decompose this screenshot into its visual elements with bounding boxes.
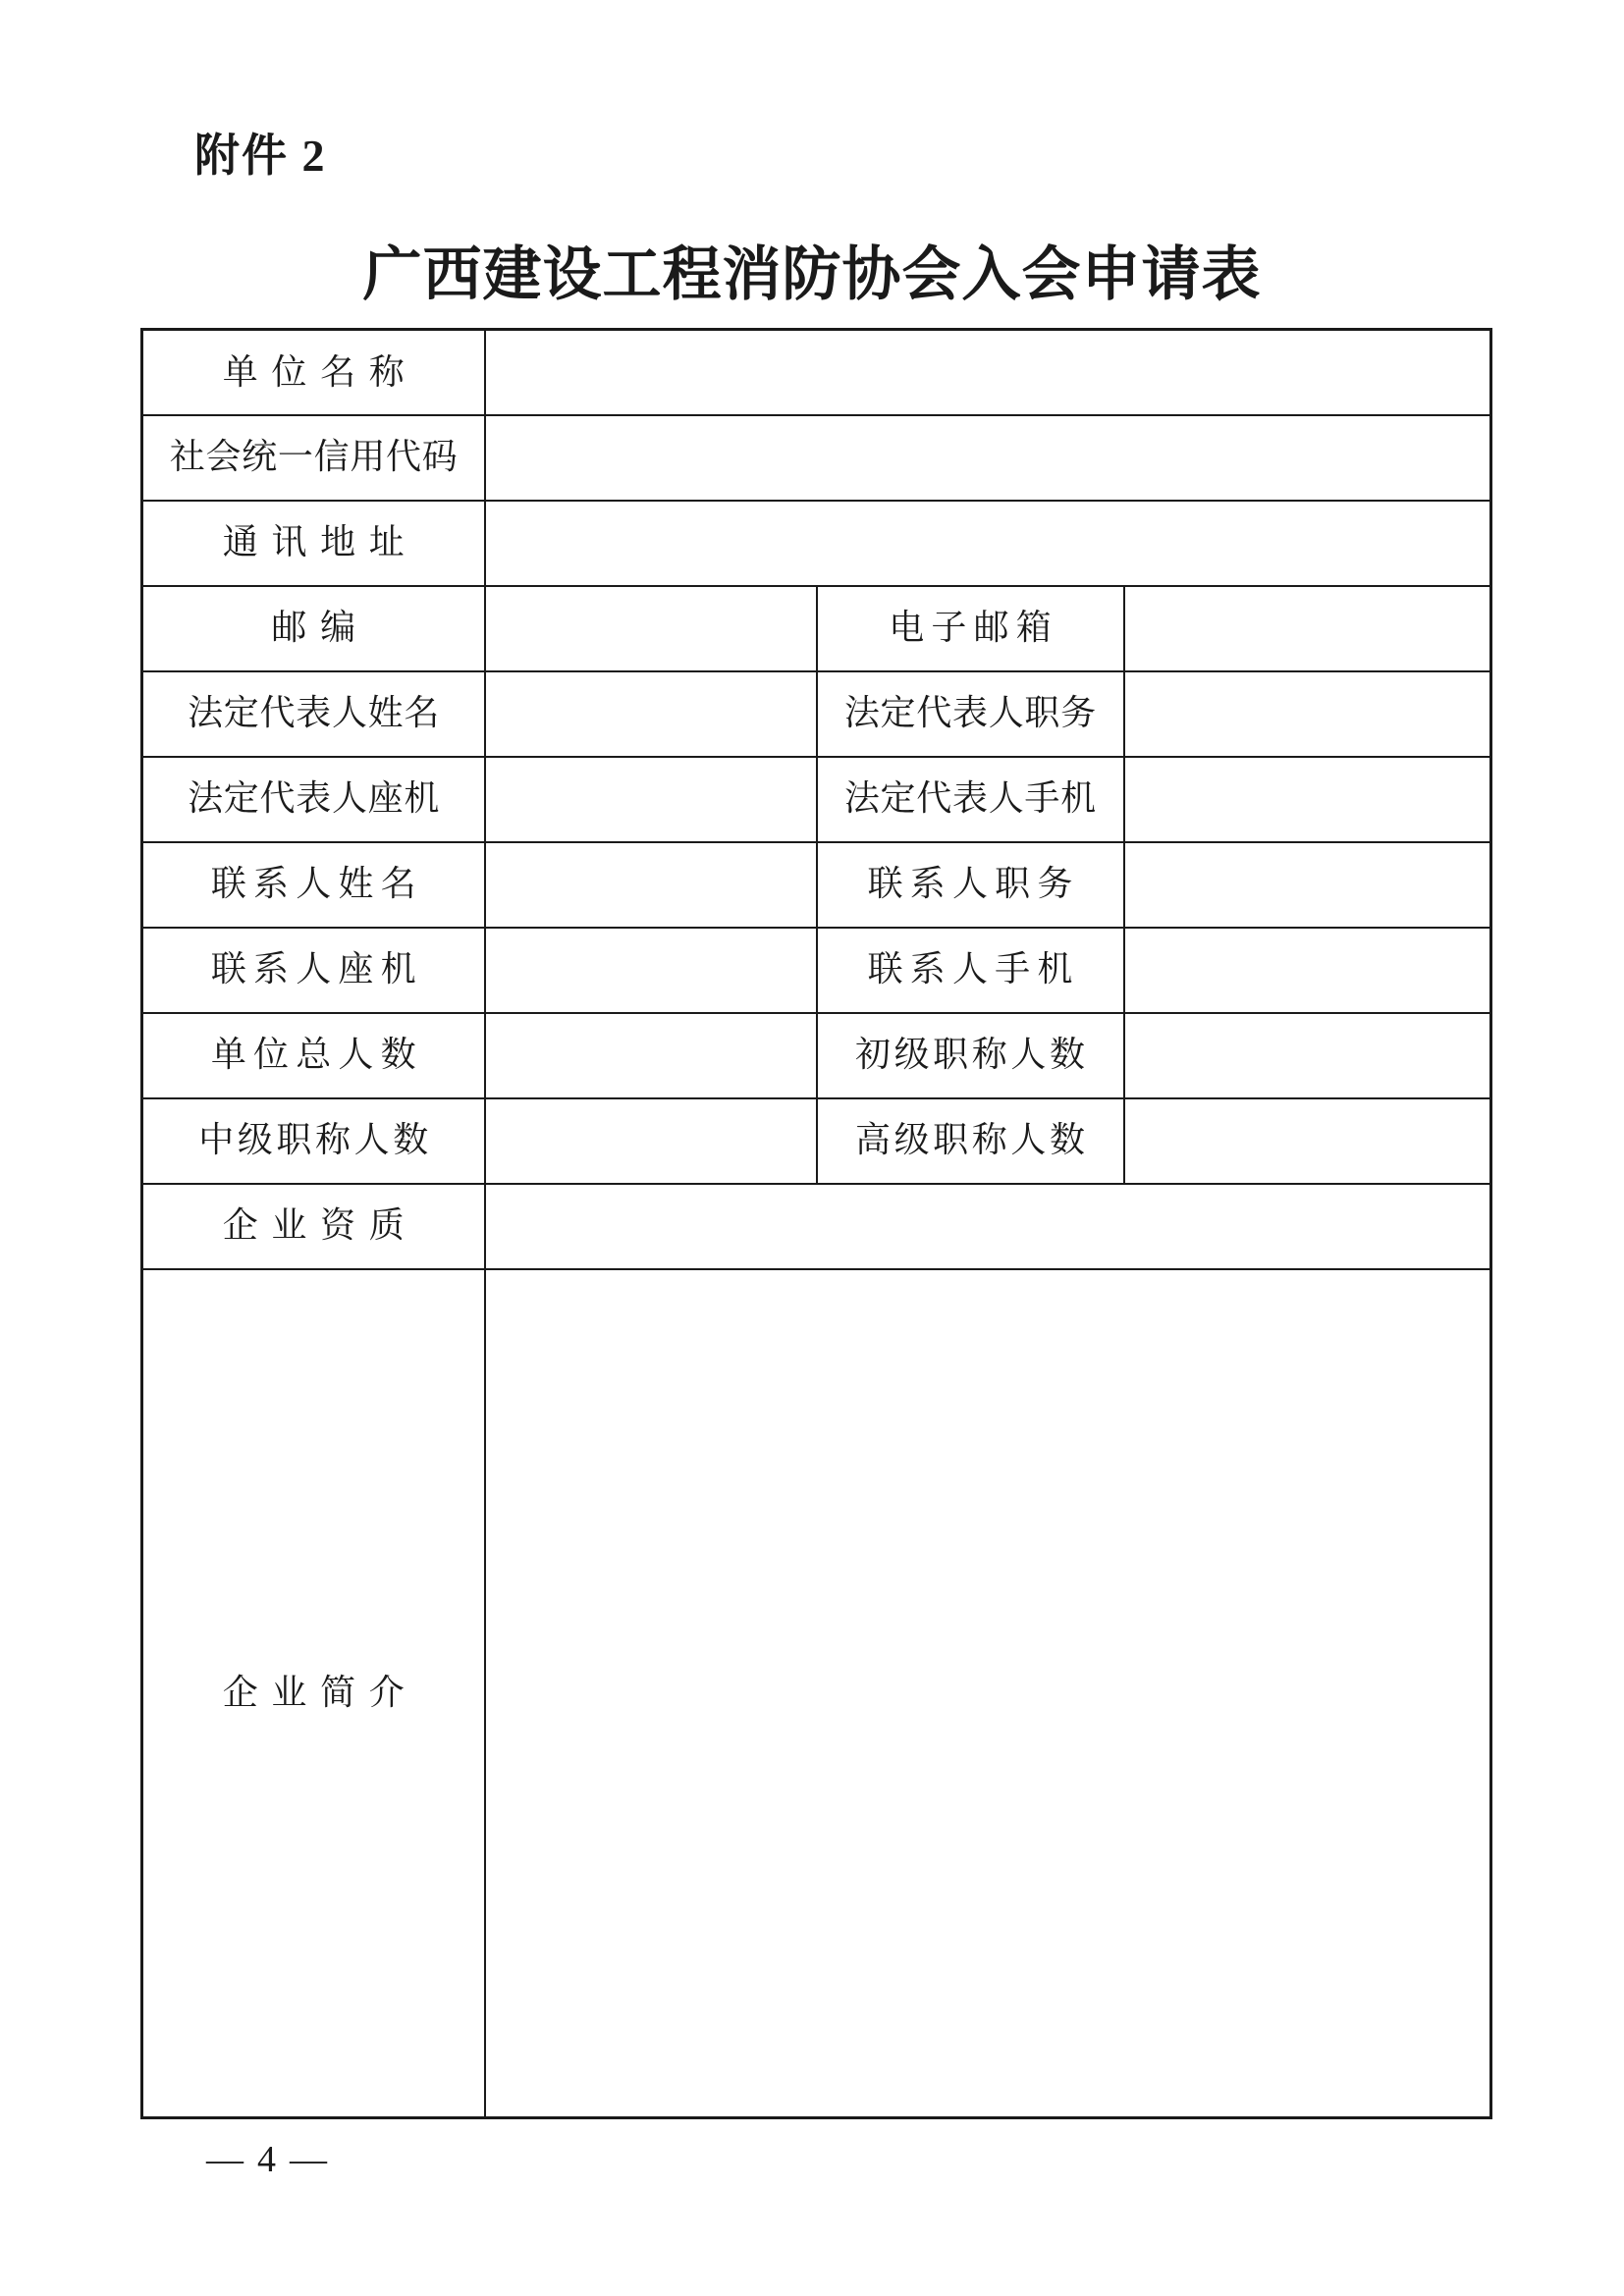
field-value-company-profile[interactable] <box>485 1269 1491 2118</box>
field-label-legal-rep-name: 法定代表人姓名 <box>142 671 485 757</box>
field-value-legal-rep-title[interactable] <box>1124 671 1491 757</box>
field-value-email[interactable] <box>1124 586 1491 671</box>
table-row: 联系人姓名 联系人职务 <box>142 842 1491 928</box>
table-row: 单位总人数 初级职称人数 <box>142 1013 1491 1098</box>
field-value-junior-title-count[interactable] <box>1124 1013 1491 1098</box>
field-label-credit-code: 社会统一信用代码 <box>142 415 485 501</box>
field-value-contact-title[interactable] <box>1124 842 1491 928</box>
field-value-legal-rep-mobile[interactable] <box>1124 757 1491 842</box>
field-label-legal-rep-landline: 法定代表人座机 <box>142 757 485 842</box>
field-label-unit-name: 单位名称 <box>142 330 485 415</box>
field-value-total-staff[interactable] <box>485 1013 817 1098</box>
table-row: 企业简介 <box>142 1269 1491 2118</box>
field-label-contact-name: 联系人姓名 <box>142 842 485 928</box>
field-label-mailing-address: 通讯地址 <box>142 501 485 586</box>
field-value-mid-title-count[interactable] <box>485 1098 817 1184</box>
field-value-senior-title-count[interactable] <box>1124 1098 1491 1184</box>
page-number: —4— <box>192 2138 341 2181</box>
field-value-contact-name[interactable] <box>485 842 817 928</box>
field-label-contact-landline: 联系人座机 <box>142 928 485 1013</box>
field-label-junior-title-count: 初级职称人数 <box>817 1013 1124 1098</box>
field-label-company-profile: 企业简介 <box>142 1269 485 2118</box>
field-label-qualification: 企业资质 <box>142 1184 485 1269</box>
table-row: 邮编 电子邮箱 <box>142 586 1491 671</box>
field-label-email: 电子邮箱 <box>817 586 1124 671</box>
table-row: 法定代表人姓名 法定代表人职务 <box>142 671 1491 757</box>
field-value-contact-landline[interactable] <box>485 928 817 1013</box>
table-row: 法定代表人座机 法定代表人手机 <box>142 757 1491 842</box>
table-row: 联系人座机 联系人手机 <box>142 928 1491 1013</box>
field-label-postal-code: 邮编 <box>142 586 485 671</box>
field-value-legal-rep-landline[interactable] <box>485 757 817 842</box>
page-number-dash-right: — <box>290 2138 327 2181</box>
field-label-senior-title-count: 高级职称人数 <box>817 1098 1124 1184</box>
field-value-contact-mobile[interactable] <box>1124 928 1491 1013</box>
field-value-unit-name[interactable] <box>485 330 1491 415</box>
field-value-mailing-address[interactable] <box>485 501 1491 586</box>
field-value-credit-code[interactable] <box>485 415 1491 501</box>
page-title: 广西建设工程消防协会入会申请表 <box>0 228 1624 312</box>
field-label-contact-mobile: 联系人手机 <box>817 928 1124 1013</box>
table-row: 社会统一信用代码 <box>142 415 1491 501</box>
field-value-qualification[interactable] <box>485 1184 1491 1269</box>
table-row: 企业资质 <box>142 1184 1491 1269</box>
table-row: 单位名称 <box>142 330 1491 415</box>
field-label-legal-rep-mobile: 法定代表人手机 <box>817 757 1124 842</box>
field-value-postal-code[interactable] <box>485 586 817 671</box>
page-number-value: 4 <box>257 2139 276 2180</box>
page-number-dash-left: — <box>206 2138 244 2181</box>
application-form-table: 单位名称 社会统一信用代码 通讯地址 邮编 电子邮箱 法定代表人姓名 法定代表人… <box>140 328 1492 2119</box>
field-label-mid-title-count: 中级职称人数 <box>142 1098 485 1184</box>
table-row: 中级职称人数 高级职称人数 <box>142 1098 1491 1184</box>
field-label-contact-title: 联系人职务 <box>817 842 1124 928</box>
field-label-legal-rep-title: 法定代表人职务 <box>817 671 1124 757</box>
table-row: 通讯地址 <box>142 501 1491 586</box>
field-label-total-staff: 单位总人数 <box>142 1013 485 1098</box>
attachment-label: 附件 2 <box>194 120 327 185</box>
field-value-legal-rep-name[interactable] <box>485 671 817 757</box>
